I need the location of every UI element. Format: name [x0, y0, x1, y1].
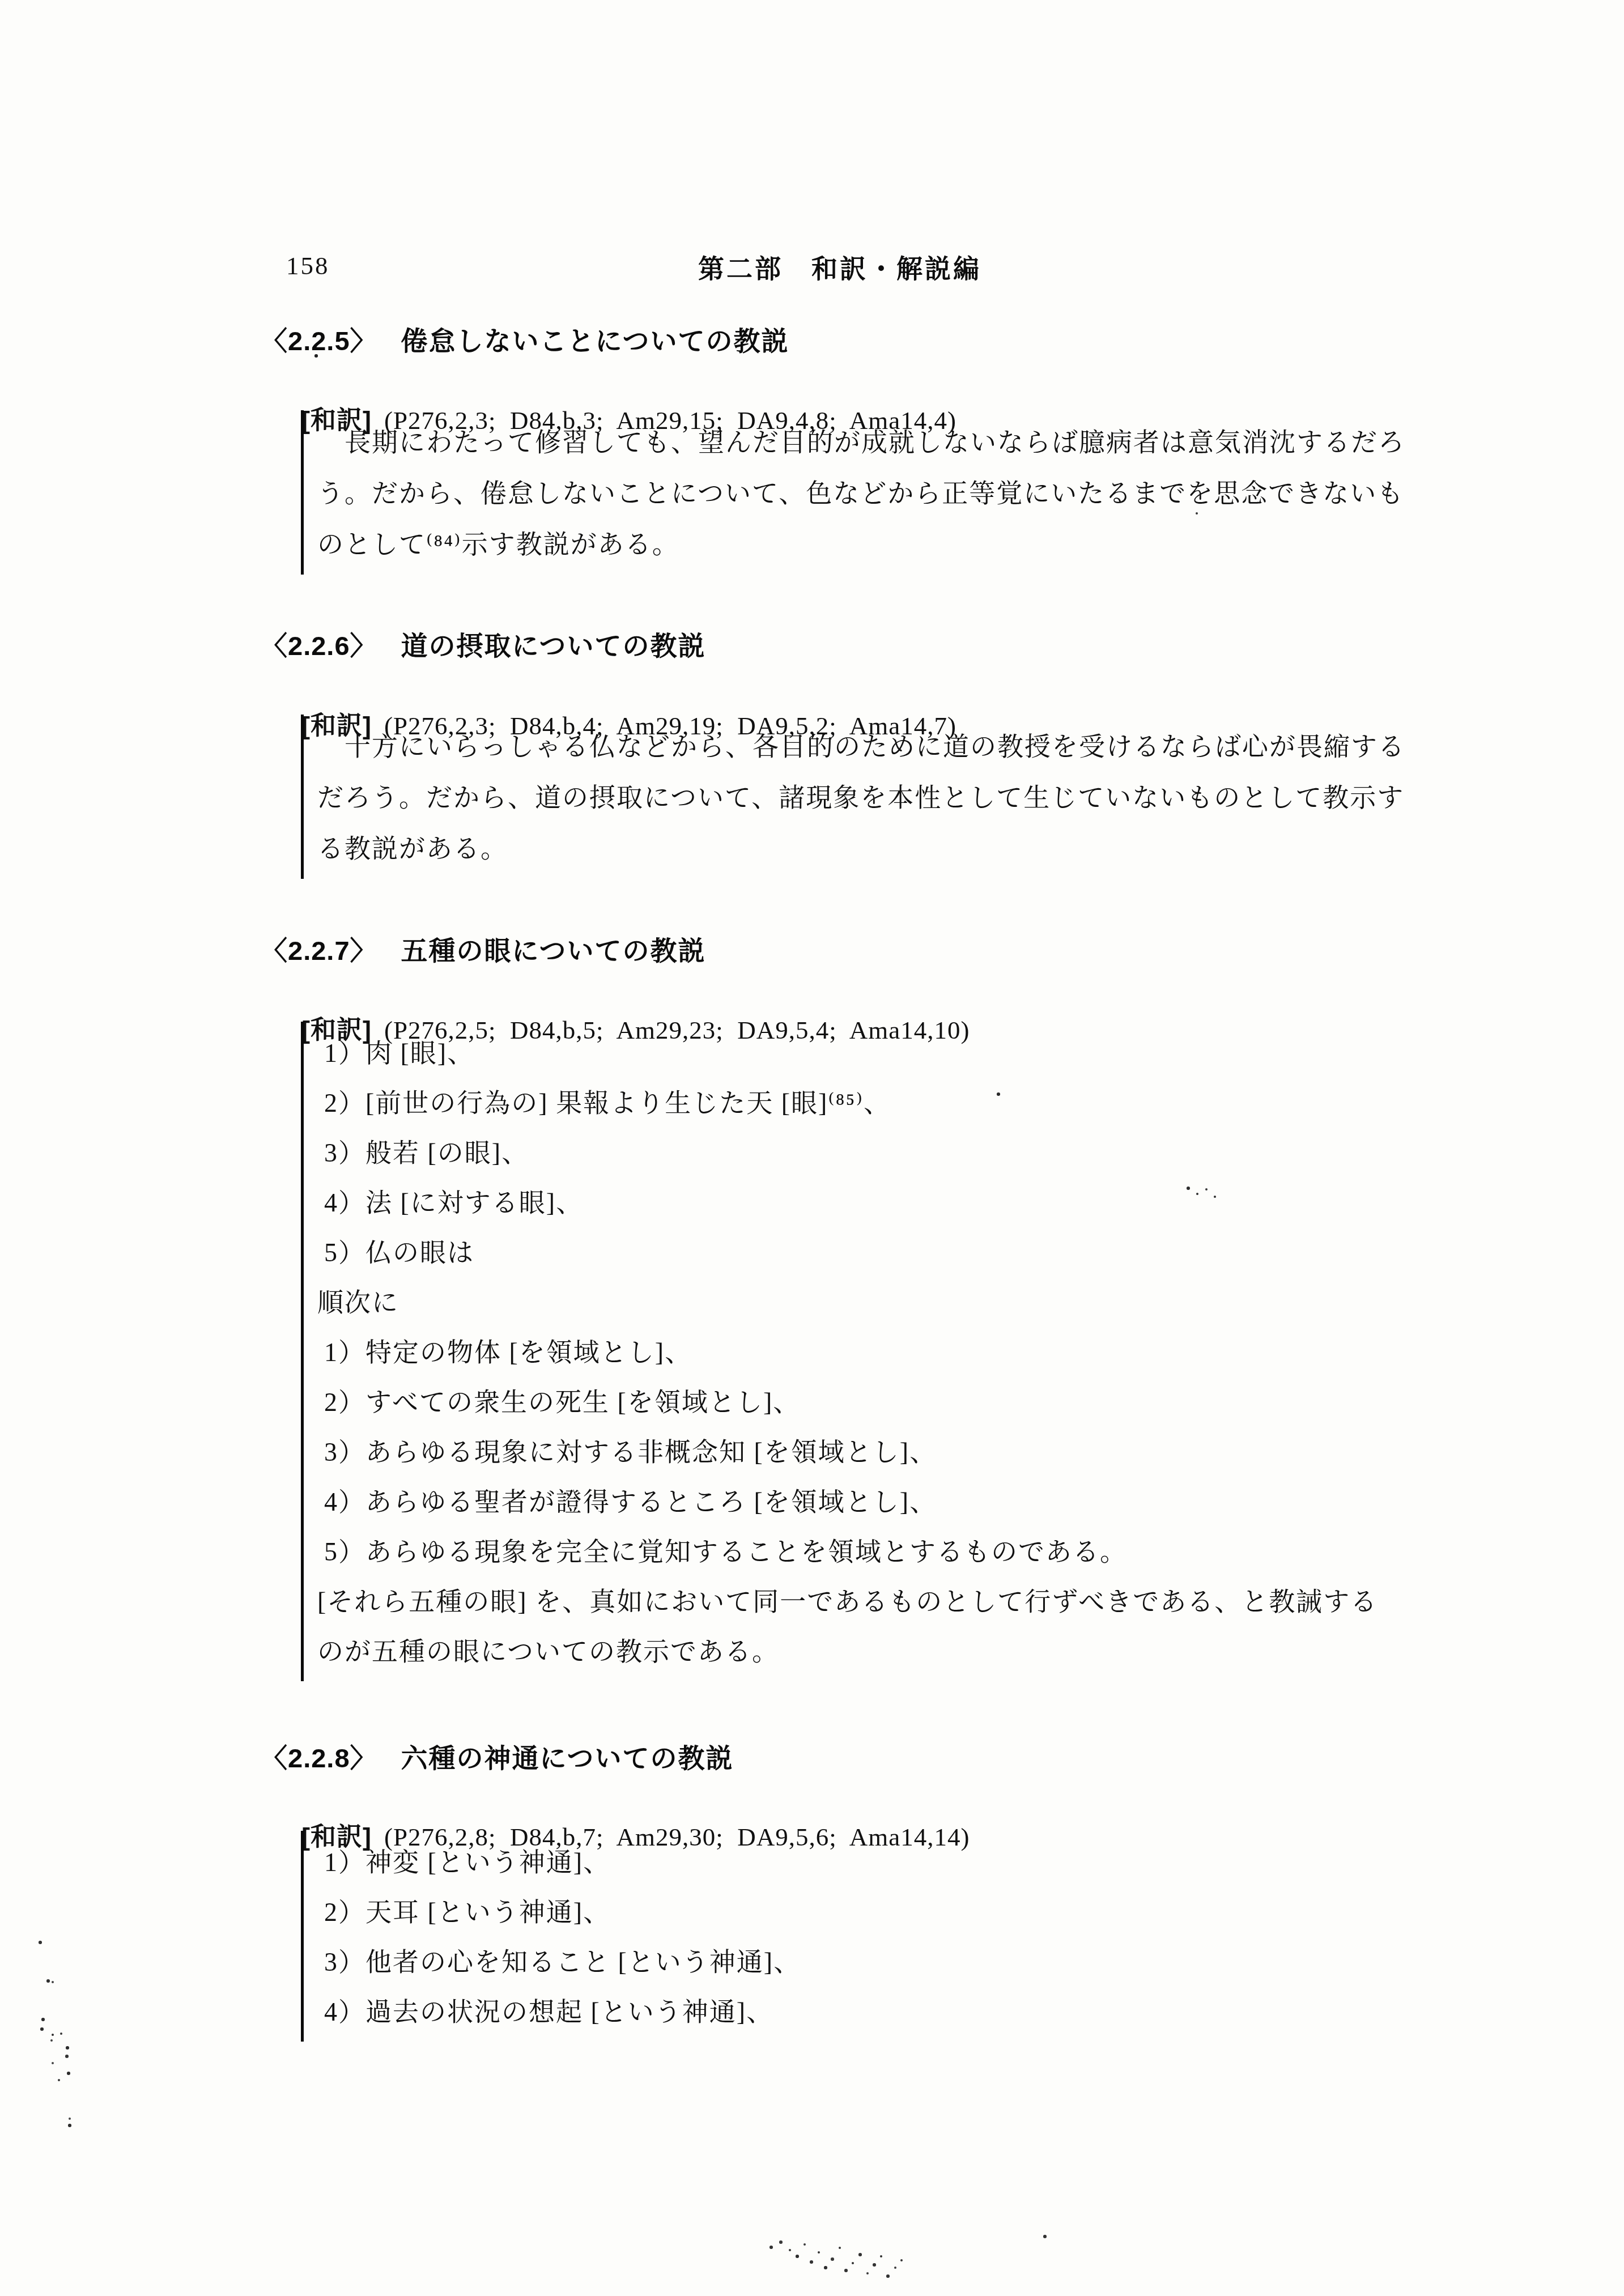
list-item: 2）すべての衆生の死生 [を領域とし]、	[304, 1377, 1378, 1427]
text-line: 十方にいらっしゃる仏などから、各目的のために道の教授を受けるならば心が畏縮する	[304, 721, 1405, 772]
list-item: 5）仏の眼は	[304, 1228, 1378, 1278]
translation-block-2-2-6: 十方にいらっしゃる仏などから、各目的のために道の教授を受けるならば心が畏縮する …	[301, 715, 1405, 879]
section-label: 〈2.2.6〉	[261, 631, 377, 661]
list-item: 4）法 [に対する眼]、	[304, 1178, 1378, 1228]
list-item: 1）特定の物体 [を領域とし]、	[304, 1328, 1378, 1377]
section-title: 五種の眼についての教説	[401, 936, 706, 966]
scan-noise	[0, 0, 1, 1]
text-line: 順次に	[304, 1278, 1378, 1328]
text-line: 長期にわたって修習しても、望んだ目的が成就しないならば臆病者は意気消沈するだろ	[304, 417, 1405, 468]
list-item: 2）天耳 [という神通]、	[304, 1887, 801, 1937]
list-item: 5）あらゆる現象を完全に覚知することを領域とするものである。	[304, 1527, 1378, 1577]
text-line: のが五種の眼についての教示である。	[304, 1627, 1378, 1677]
list-item: 1）肉 [眼]、	[304, 1028, 1378, 1078]
text-line: のとして⁽⁸⁴⁾示す教説がある。	[304, 519, 1405, 570]
translation-block-2-2-7: 1）肉 [眼]、 2）[前世の行為の] 果報より生じた天 [眼]⁽⁸⁵⁾、 3）…	[301, 1022, 1378, 1681]
translation-block-2-2-8: 1）神変 [という神通]、 2）天耳 [という神通]、 3）他者の心を知ること …	[301, 1831, 801, 2042]
list-item: 3）他者の心を知ること [という神通]、	[304, 1937, 801, 1987]
section-heading-2-2-6: 〈2.2.6〉道の摂取についての教説	[261, 625, 706, 663]
list-item: 4）過去の状況の想起 [という神通]、	[304, 1987, 801, 2037]
list-item: 3）あらゆる現象に対する非概念知 [を領域とし]、	[304, 1427, 1378, 1477]
translation-block-2-2-5: 長期にわたって修習しても、望んだ目的が成就しないならば臆病者は意気消沈するだろ …	[301, 410, 1405, 575]
section-heading-2-2-7: 〈2.2.7〉五種の眼についての教説	[261, 930, 706, 968]
section-label: 〈2.2.7〉	[261, 936, 377, 966]
section-title: 六種の神通についての教説	[401, 1743, 734, 1773]
section-title: 道の摂取についての教説	[401, 631, 706, 661]
text-line: う。だから、倦怠しないことについて、色などから正等覚にいたるまでを思念できないも	[304, 468, 1405, 519]
page-number: 158	[286, 251, 330, 280]
section-heading-2-2-8: 〈2.2.8〉六種の神通についての教説	[261, 1737, 734, 1775]
page-header: 第二部 和訳・解説編	[698, 248, 981, 286]
list-item: 3）般若 [の眼]、	[304, 1128, 1378, 1178]
section-title: 倦怠しないことについての教説	[401, 326, 789, 356]
section-label: 〈2.2.8〉	[261, 1743, 377, 1773]
text-line: だろう。だから、道の摂取について、諸現象を本性として生じていないものとして教示す	[304, 772, 1405, 823]
list-item: 1）神変 [という神通]、	[304, 1838, 801, 1887]
list-item: 2）[前世の行為の] 果報より生じた天 [眼]⁽⁸⁵⁾、	[304, 1078, 1378, 1128]
section-label: 〈2.2.5〉	[261, 326, 377, 356]
section-heading-2-2-5: 〈2.2.5〉倦怠しないことについての教説	[261, 320, 789, 358]
book-page: 158 第二部 和訳・解説編 〈2.2.5〉倦怠しないことについての教説 [和訳…	[0, 0, 1624, 2296]
list-item: 4）あらゆる聖者が證得するところ [を領域とし]、	[304, 1477, 1378, 1527]
text-line: る教説がある。	[304, 823, 1405, 874]
text-line: [それら五種の眼] を、真如において同一であるものとして行ずべきである、と教誡す…	[304, 1577, 1378, 1627]
